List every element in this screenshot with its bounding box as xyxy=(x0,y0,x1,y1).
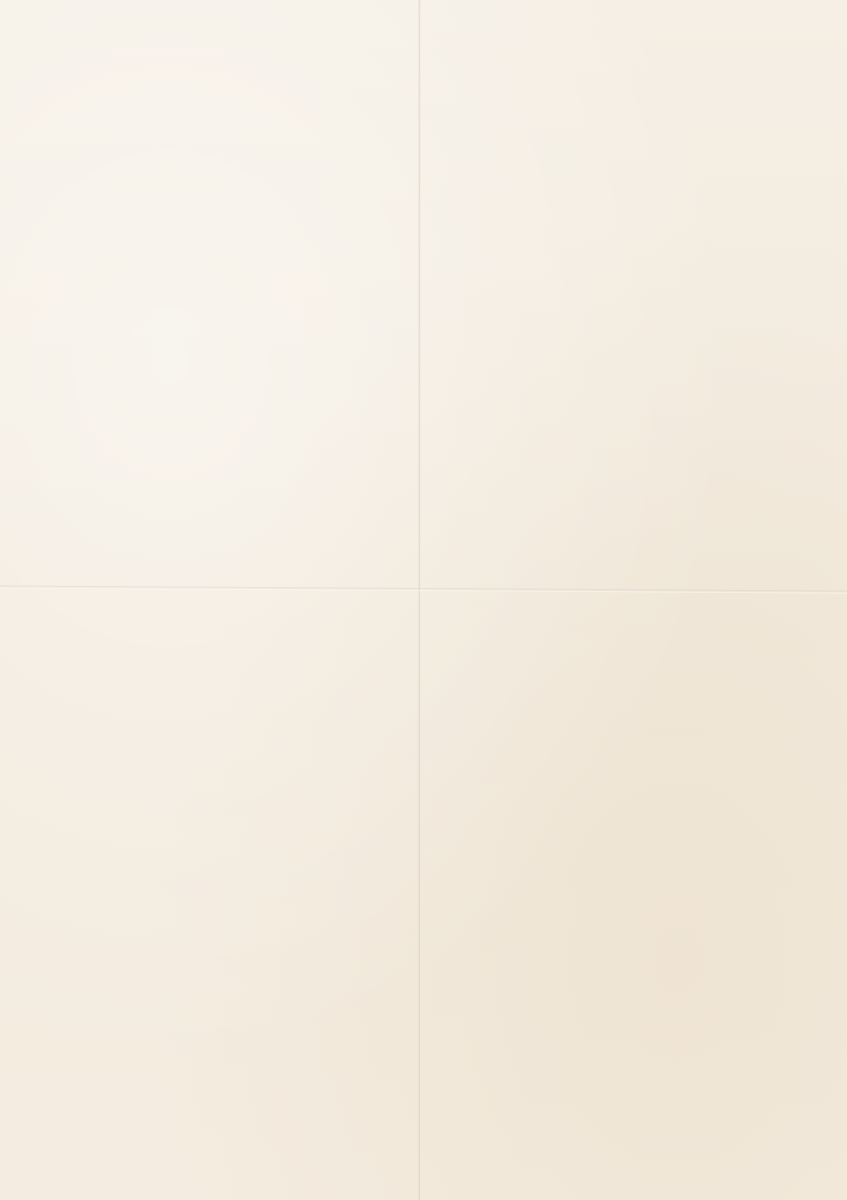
paper-fold-horizontal xyxy=(0,585,847,593)
document-page xyxy=(0,0,847,1200)
paper-fold-vertical xyxy=(418,0,421,1200)
